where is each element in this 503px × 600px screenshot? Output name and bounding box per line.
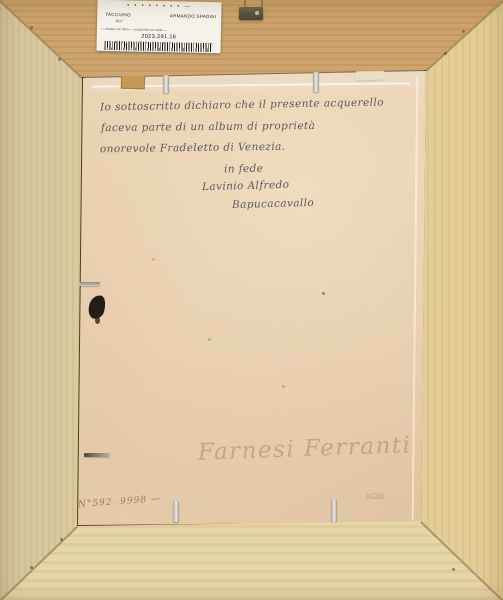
label-accession-number: 2023.291.16 [97, 33, 221, 42]
ink-signature-name: Lavinio Alfredo [202, 179, 290, 193]
glazing-clip-left-lower [84, 453, 110, 457]
barcode-icon [104, 41, 212, 52]
museum-label: ▪ ▪ ▪ ▪ ▪ ▪ ▪ ▪ — TACCUINO 1917 ARMANDO … [96, 0, 221, 53]
nail-mark [462, 30, 465, 33]
backing-hole-damage-tail [95, 317, 100, 324]
backing-speck [322, 292, 325, 295]
nail-mark [30, 566, 33, 569]
backing-speck [282, 385, 285, 388]
nail-mark [30, 26, 33, 29]
ink-inscription-in-fede: in fede [224, 163, 264, 176]
nail-mark [58, 58, 61, 61]
backing-speck [152, 258, 155, 261]
hanging-hardware [236, 0, 268, 24]
ink-inscription-line: faceva parte di un album di proprietà [101, 120, 315, 134]
label-artist-name: ARMANDO SPADINI [170, 13, 217, 19]
hanger-plate-icon [239, 7, 263, 20]
label-subtitle-left: 1917 [115, 19, 123, 23]
pencil-corner-number: (626) [366, 493, 385, 501]
ink-signature-surname: Bapucacavallo [232, 197, 314, 211]
glazing-clip-bottom-right [331, 499, 337, 522]
nail-mark [444, 52, 447, 55]
framed-artwork-back-photo: Io sottoscritto dichiaro che il presente… [0, 0, 503, 600]
label-dots-row: ▪ ▪ ▪ ▪ ▪ ▪ ▪ ▪ — [97, 2, 221, 11]
nail-mark [60, 538, 63, 541]
glazing-clip-bottom-left [173, 501, 179, 522]
hanger-screw-icon [255, 11, 259, 15]
backing-speck [208, 338, 211, 341]
nail-mark [452, 568, 455, 571]
label-title-left: TACCUINO [105, 12, 131, 18]
